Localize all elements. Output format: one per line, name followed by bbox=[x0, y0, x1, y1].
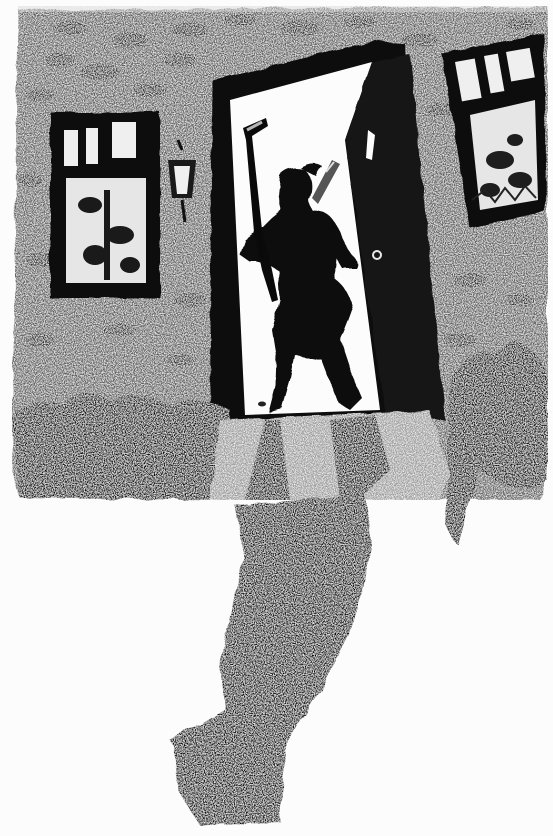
illustration bbox=[0, 0, 553, 836]
doorstep-ground bbox=[210, 410, 450, 500]
puck-icon bbox=[258, 402, 266, 407]
left-window bbox=[50, 112, 160, 298]
